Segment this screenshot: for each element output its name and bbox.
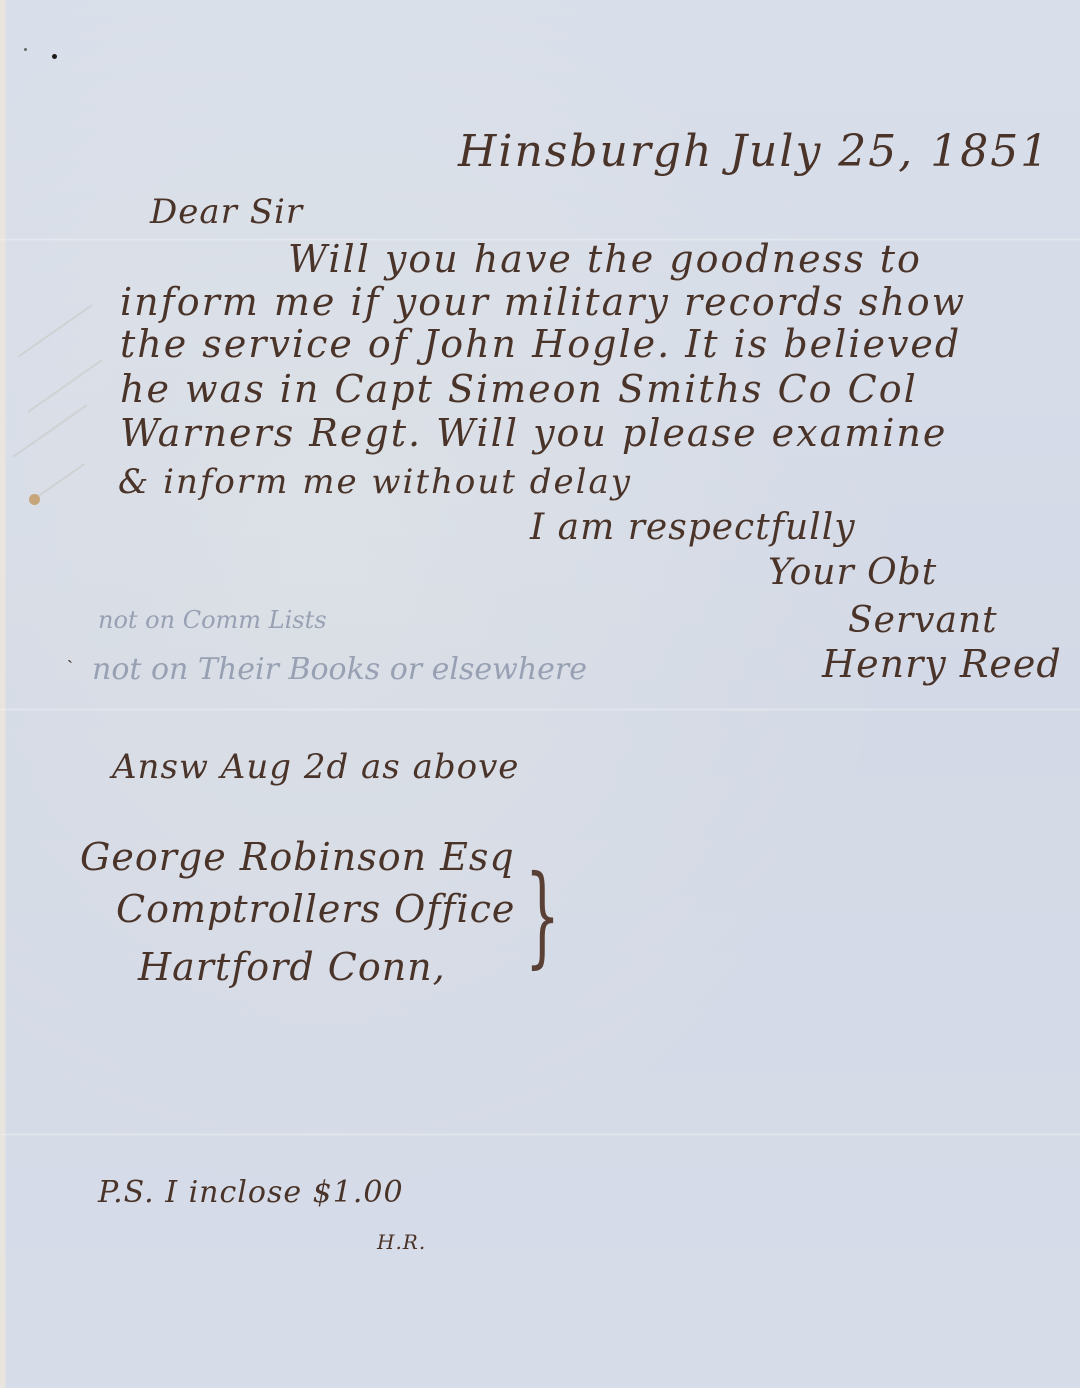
letter-body-line: & inform me without delay [118,465,632,499]
ink-dot [52,54,57,59]
fold-line [0,1133,1080,1136]
postscript: P.S. I inclose $1.00 [98,1178,404,1208]
letter-salutation: Dear Sir [150,195,303,229]
stain-spot [29,494,40,505]
fold-line [0,708,1080,711]
letter-body-line: he was in Capt Simeon Smiths Co Col [120,370,918,408]
address-brace: } [525,860,561,970]
letter-body-line: inform me if your military records show [120,283,966,321]
postscript-initials: H.R. [377,1232,426,1252]
ink-dot [24,48,27,51]
recipient-address-line: Hartford Conn, [138,948,446,986]
letter-body-line: the service of John Hogle. It is believe… [120,325,961,363]
answer-note: Answ Aug 2d as above [112,750,519,784]
letter-place-date: Hinsburgh July 25, 1851 [458,130,1050,174]
ink-tick-mark: ˏ [67,643,73,664]
letter-closing: Your Obt [768,555,937,591]
pencil-note: not on Comm Lists [98,608,327,632]
letter-closing: Servant [848,603,998,639]
recipient-address-line: Comptrollers Office [116,890,515,928]
letter-signature: Henry Reed [822,645,1062,683]
pencil-note: not on Their Books or elsewhere [92,655,587,685]
letter-closing: I am respectfully [530,510,856,546]
letter-body-line: Warners Regt. Will you please examine [120,414,947,452]
letter-body-line: Will you have the goodness to [288,240,922,278]
recipient-address-line: George Robinson Esq [80,838,515,876]
